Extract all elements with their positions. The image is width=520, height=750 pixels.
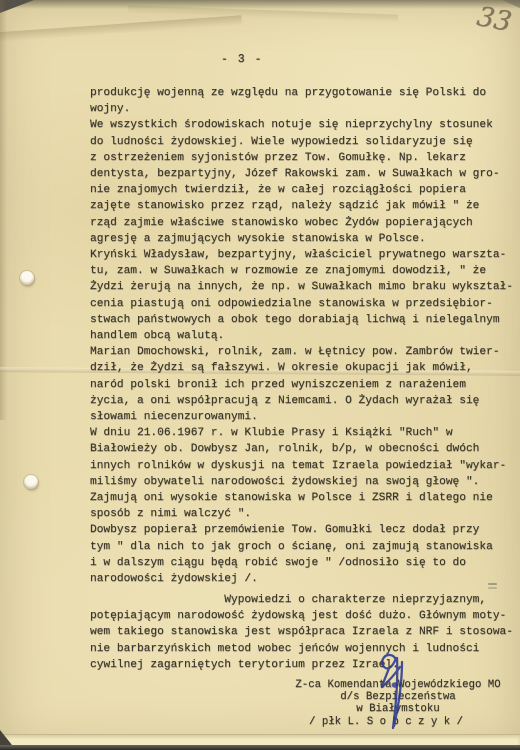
hole-punch-bottom <box>24 475 38 489</box>
signature-name-line: / płk L. S o b c z y k / <box>280 716 492 728</box>
signature-department-line: d/s Bezpieczeństwa <box>292 691 504 703</box>
paper-left-edge-shadow <box>0 0 7 420</box>
signature-city-line: w Białymstoku <box>292 703 504 715</box>
hole-punch-top <box>20 271 34 285</box>
signature-block: Z-ca Komendanta Wojewódzkiego MO d/s Bez… <box>292 679 504 728</box>
signature-title-line: Z-ca Komendanta Wojewódzkiego MO <box>292 679 504 691</box>
body-paragraph-1: produkcję wojenną ze względu na przygoto… <box>90 85 513 587</box>
paper-crease-top-1 <box>0 15 242 42</box>
scan-top-edge-shadow <box>0 0 520 10</box>
body-paragraph-2: Wypowiedzi o charakterze nieprzyjaznym, … <box>90 592 513 673</box>
scanned-document-page: 33 - 3 - produkcję wojenną ze względu na… <box>0 0 520 750</box>
page-number: - 3 - <box>221 53 263 66</box>
scan-bottom-background <box>0 745 520 750</box>
handwritten-archival-number: 33 <box>475 3 514 36</box>
